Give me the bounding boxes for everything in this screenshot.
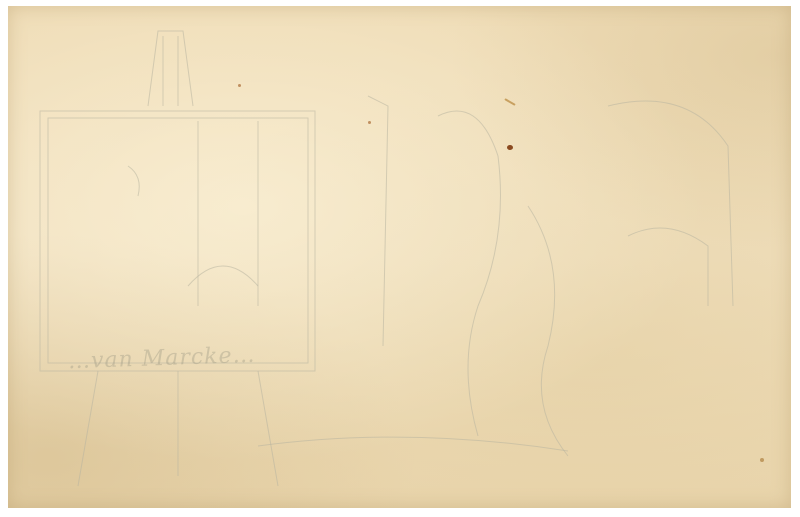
ink-stain <box>507 145 513 150</box>
foxing-spot <box>238 84 241 87</box>
foxing-spot <box>368 121 371 124</box>
foxing-spot <box>760 458 764 462</box>
aged-paper-sheet: …van Marcke… <box>8 6 791 508</box>
pencil-sketch <box>8 6 791 508</box>
